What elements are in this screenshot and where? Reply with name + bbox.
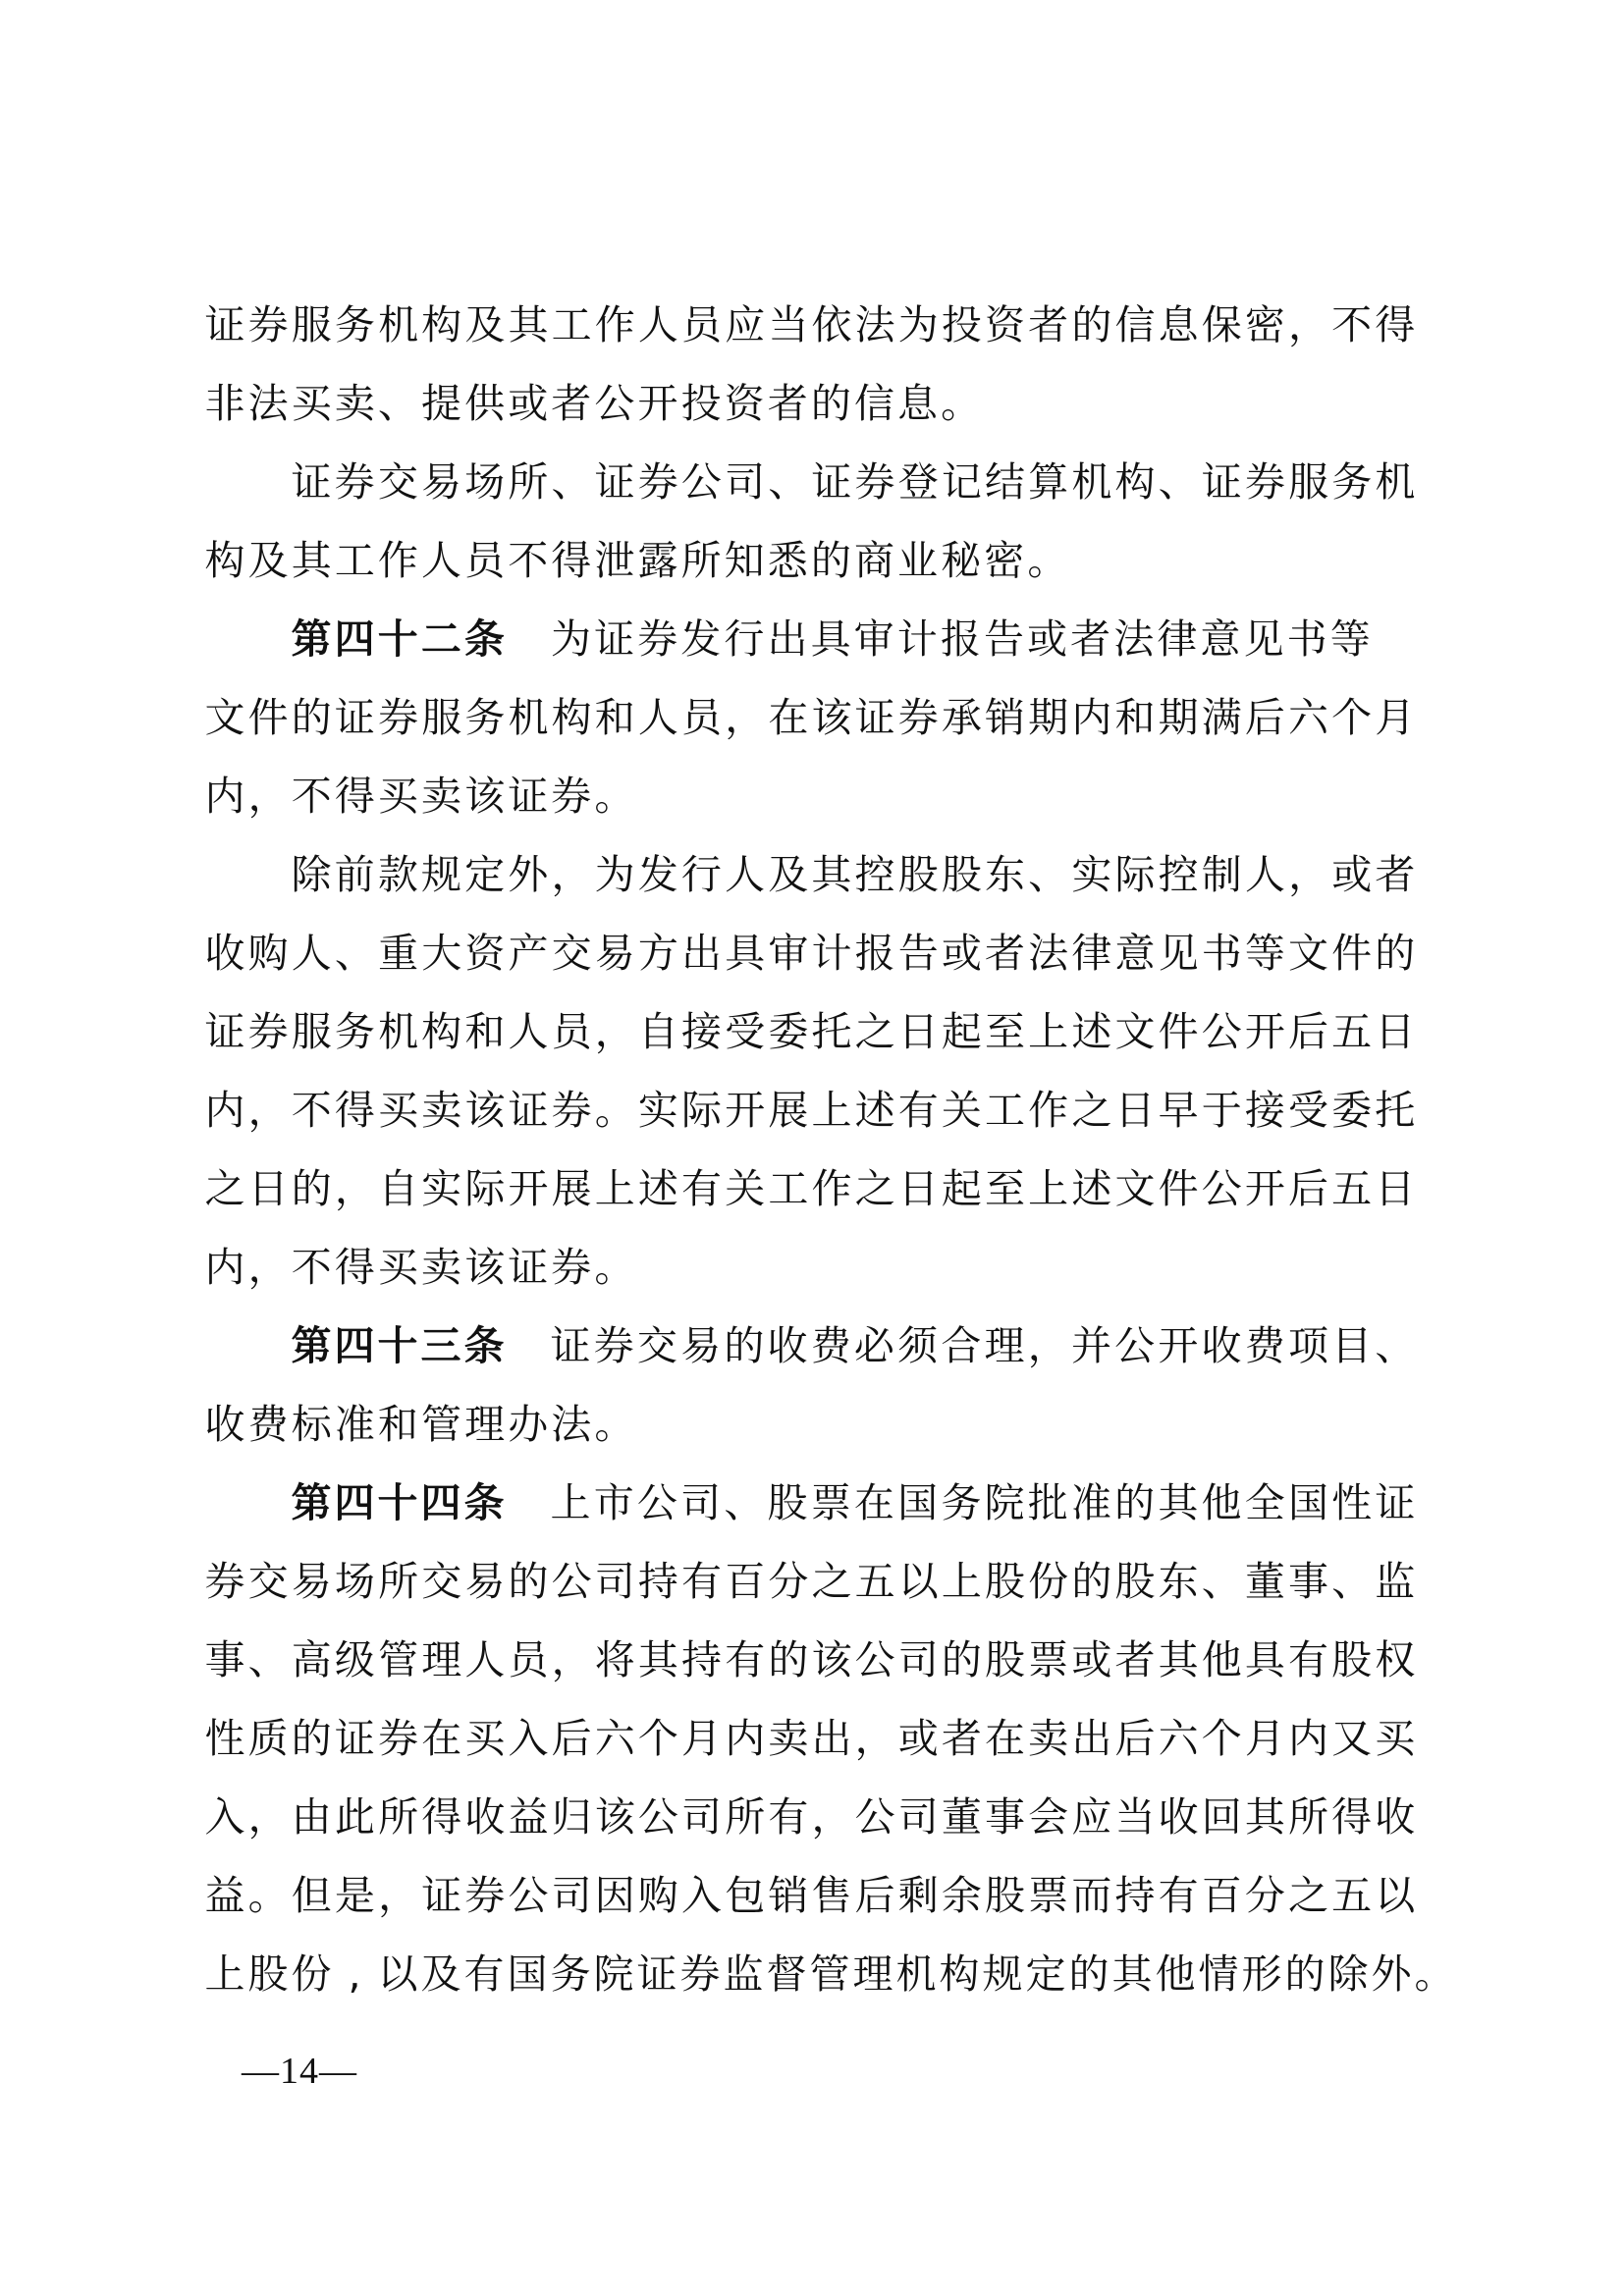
glyph: 定 bbox=[463, 835, 507, 914]
glyph: 得 bbox=[1374, 286, 1417, 364]
text-line: 内，不得买卖该证券。 bbox=[203, 1228, 1417, 1307]
glyph: 关 bbox=[724, 1149, 767, 1228]
glyph: 益 bbox=[203, 1856, 246, 1935]
glyph: ， bbox=[246, 1228, 290, 1307]
line-text: 性质的证券在买入后六个月内卖出，或者在卖出后六个月内又买 bbox=[203, 1699, 1417, 1778]
glyph: 资 bbox=[463, 914, 507, 992]
glyph: 公 bbox=[1200, 1149, 1243, 1228]
glyph: ， bbox=[724, 678, 767, 757]
glyph: 六 bbox=[593, 1699, 636, 1778]
glyph: 内 bbox=[203, 1071, 246, 1149]
glyph: 理 bbox=[420, 1621, 463, 1699]
glyph: 受 bbox=[724, 992, 767, 1071]
glyph: 会 bbox=[1027, 1778, 1070, 1856]
glyph: 交 bbox=[635, 1307, 678, 1385]
line-text: 证券交易的收费必须合理，并公开收费项目、 bbox=[549, 1307, 1417, 1385]
glyph: 秘 bbox=[940, 521, 983, 600]
glyph: 得 bbox=[420, 1778, 463, 1856]
glyph: 。 bbox=[593, 1385, 636, 1464]
glyph: 份 bbox=[1027, 1542, 1070, 1621]
line-text: 为证券发行出具审计报告或者法律意见书等 bbox=[549, 600, 1372, 678]
glyph: 供 bbox=[463, 364, 507, 443]
glyph: 市 bbox=[592, 1464, 635, 1542]
glyph: 买 bbox=[377, 1071, 420, 1149]
glyph: 公 bbox=[853, 1778, 896, 1856]
glyph: 算 bbox=[1027, 443, 1070, 521]
glyph: 交 bbox=[246, 1542, 290, 1621]
glyph: 持 bbox=[680, 1621, 724, 1699]
glyph: 者 bbox=[1374, 835, 1417, 914]
glyph: 出 bbox=[680, 914, 724, 992]
glyph: 、 bbox=[1200, 1542, 1243, 1621]
glyph: 准 bbox=[1069, 1464, 1112, 1542]
glyph: 满 bbox=[1200, 678, 1243, 757]
glyph: 除 bbox=[1326, 1935, 1370, 2013]
glyph: 得 bbox=[333, 1228, 376, 1307]
glyph: 服 bbox=[290, 992, 333, 1071]
glyph: 际 bbox=[680, 1071, 724, 1149]
line-text: 文件的证券服务机构和人员，在该证券承销期内和期满后六个月 bbox=[203, 678, 1417, 757]
glyph: 展 bbox=[550, 1149, 593, 1228]
glyph: 和 bbox=[376, 1385, 419, 1464]
glyph: 或 bbox=[896, 1699, 940, 1778]
glyph: 自 bbox=[377, 1149, 420, 1228]
glyph: 股 bbox=[1330, 1621, 1374, 1699]
glyph: 记 bbox=[940, 443, 983, 521]
glyph: 条 bbox=[462, 600, 506, 678]
glyph: 将 bbox=[593, 1621, 636, 1699]
glyph: 出 bbox=[766, 600, 809, 678]
glyph: 者 bbox=[1069, 600, 1112, 678]
line-text: 证券服务机构及其工作人员应当依法为投资者的信息保密，不得 bbox=[203, 286, 1417, 364]
glyph: 司 bbox=[593, 1542, 636, 1621]
glyph: 不 bbox=[290, 757, 333, 835]
glyph: 知 bbox=[723, 521, 766, 600]
glyph: 券 bbox=[1243, 443, 1286, 521]
glyph: ， bbox=[333, 1149, 376, 1228]
glyph: 证 bbox=[507, 1071, 550, 1149]
glyph: 证 bbox=[203, 286, 246, 364]
glyph: 报 bbox=[939, 600, 982, 678]
glyph: 托 bbox=[810, 992, 853, 1071]
glyph: 有 bbox=[1157, 1856, 1200, 1935]
glyph: 其 bbox=[507, 286, 550, 364]
glyph: 法 bbox=[1027, 914, 1070, 992]
line-text: 内，不得买卖该证券。 bbox=[203, 757, 636, 835]
glyph: ， bbox=[810, 1778, 853, 1856]
glyph: 入 bbox=[507, 1699, 550, 1778]
glyph: 服 bbox=[290, 286, 333, 364]
glyph: 三 bbox=[419, 1307, 462, 1385]
glyph: 密 bbox=[983, 521, 1026, 600]
glyph: 司 bbox=[896, 1621, 940, 1699]
glyph: 该 bbox=[463, 1071, 507, 1149]
glyph: 悉 bbox=[766, 521, 809, 600]
glyph: 司 bbox=[550, 1856, 593, 1935]
glyph: 得 bbox=[550, 521, 593, 600]
glyph: 登 bbox=[896, 443, 940, 521]
glyph: 四 bbox=[333, 600, 376, 678]
glyph: 费 bbox=[809, 1307, 852, 1385]
glyph: 者 bbox=[1113, 1621, 1157, 1699]
glyph: 见 bbox=[1242, 600, 1285, 678]
glyph: 公 bbox=[679, 443, 723, 521]
line-text: 证券服务机构和人员，自接受委托之日起至上述文件公开后五日 bbox=[203, 992, 1417, 1071]
glyph: 其 bbox=[290, 521, 333, 600]
glyph: 院 bbox=[592, 1935, 635, 2013]
glyph: 上 bbox=[593, 1149, 636, 1228]
glyph: 。 bbox=[940, 364, 983, 443]
glyph: 人 bbox=[507, 992, 550, 1071]
glyph: 期 bbox=[1157, 678, 1200, 757]
glyph: 券 bbox=[550, 1228, 593, 1307]
glyph: 构 bbox=[1113, 443, 1157, 521]
glyph: 其 bbox=[1110, 1935, 1154, 2013]
glyph: 构 bbox=[938, 1935, 981, 2013]
glyph: 券 bbox=[377, 678, 420, 757]
glyph: 购 bbox=[636, 1856, 679, 1935]
glyph: 文 bbox=[203, 678, 246, 757]
glyph: 法 bbox=[1112, 600, 1156, 678]
glyph: 月 bbox=[1374, 678, 1417, 757]
glyph: 内 bbox=[203, 1228, 246, 1307]
glyph: 项 bbox=[1286, 1307, 1329, 1385]
glyph: 包 bbox=[724, 1856, 767, 1935]
glyph: 的 bbox=[809, 364, 852, 443]
glyph: 不 bbox=[290, 1071, 333, 1149]
glyph: 收 bbox=[1374, 1778, 1417, 1856]
glyph: 证 bbox=[507, 757, 550, 835]
glyph: 具 bbox=[1243, 1621, 1286, 1699]
glyph: 归 bbox=[550, 1778, 593, 1856]
glyph: 务 bbox=[549, 1935, 592, 2013]
glyph: 券 bbox=[853, 443, 896, 521]
glyph: ， bbox=[377, 1856, 420, 1935]
glyph: 信 bbox=[852, 364, 895, 443]
glyph: 性 bbox=[203, 1699, 246, 1778]
glyph: 入 bbox=[203, 1778, 246, 1856]
glyph: 情 bbox=[1197, 1935, 1240, 2013]
glyph: 员 bbox=[680, 678, 724, 757]
glyph: 交 bbox=[420, 1542, 463, 1621]
glyph: 服 bbox=[1287, 443, 1330, 521]
glyph: 律 bbox=[1156, 600, 1199, 678]
glyph: 理 bbox=[851, 1935, 894, 2013]
glyph: 结 bbox=[984, 443, 1027, 521]
glyph: 后 bbox=[1243, 678, 1286, 757]
glyph: 收 bbox=[203, 914, 246, 992]
glyph: 实 bbox=[420, 1149, 463, 1228]
glyph: 具 bbox=[724, 914, 767, 992]
glyph: 券 bbox=[333, 443, 376, 521]
line-text: 上市公司、股票在国务院批准的其他全国性证 bbox=[549, 1464, 1417, 1542]
line-text: 构及其工作人员不得泄露所知悉的商业秘密。 bbox=[203, 521, 1069, 600]
glyph: 、 bbox=[1374, 1307, 1417, 1385]
glyph: 际 bbox=[463, 1149, 507, 1228]
glyph: 外 bbox=[507, 835, 550, 914]
glyph: 公 bbox=[636, 1778, 679, 1856]
glyph: 监 bbox=[1374, 1542, 1417, 1621]
glyph: 的 bbox=[1070, 1542, 1113, 1621]
glyph: 费 bbox=[246, 1385, 290, 1464]
glyph: 票 bbox=[1027, 1621, 1070, 1699]
glyph: 构 bbox=[420, 992, 463, 1071]
glyph: 董 bbox=[940, 1778, 983, 1856]
text-line: 第四十二条为证券发行出具审计报告或者法律意见书等 bbox=[203, 600, 1417, 678]
text-line: 证券交易场所、证券公司、证券登记结算机构、证券服务机 bbox=[203, 443, 1417, 521]
glyph: 股 bbox=[984, 1621, 1027, 1699]
glyph: 卖 bbox=[1027, 1699, 1070, 1778]
glyph: 易 bbox=[593, 914, 636, 992]
glyph: 所 bbox=[377, 1778, 420, 1856]
glyph: 该 bbox=[463, 757, 507, 835]
glyph: 批 bbox=[1026, 1464, 1069, 1542]
glyph: 董 bbox=[1243, 1542, 1286, 1621]
glyph: 个 bbox=[1330, 678, 1374, 757]
glyph: 际 bbox=[1113, 835, 1157, 914]
glyph: 作 bbox=[810, 1149, 853, 1228]
glyph: 行 bbox=[723, 600, 766, 678]
glyph: 质 bbox=[246, 1699, 290, 1778]
glyph: 、 bbox=[333, 914, 376, 992]
glyph: 为 bbox=[549, 600, 592, 678]
glyph: 或 bbox=[940, 914, 983, 992]
glyph: 证 bbox=[1374, 1464, 1417, 1542]
glyph: 的 bbox=[809, 521, 852, 600]
glyph: 四 bbox=[333, 1464, 376, 1542]
glyph: 开 bbox=[507, 1149, 550, 1228]
glyph: 以 bbox=[1374, 1856, 1417, 1935]
glyph: 销 bbox=[984, 678, 1027, 757]
text-line: 第四十四条上市公司、股票在国务院批准的其他全国性证 bbox=[203, 1464, 1417, 1542]
line-text: 益。但是，证券公司因购入包销售后剩余股票而持有百分之五以 bbox=[203, 1856, 1417, 1935]
glyph: 的 bbox=[1067, 1935, 1110, 2013]
paragraph-p4: 除前款规定外，为发行人及其控股股东、实际控制人，或者收购人、重大资产交易方出具审… bbox=[203, 835, 1417, 1307]
glyph: 工 bbox=[767, 1149, 810, 1228]
glyph: 交 bbox=[550, 914, 593, 992]
glyph: 券 bbox=[636, 443, 679, 521]
glyph: 理 bbox=[463, 1385, 507, 1464]
glyph: 得 bbox=[1330, 1778, 1374, 1856]
glyph: 在 bbox=[420, 1699, 463, 1778]
glyph: 内 bbox=[1070, 678, 1113, 757]
glyph: 内 bbox=[203, 757, 246, 835]
glyph: 控 bbox=[853, 835, 896, 914]
glyph: 五 bbox=[853, 1542, 896, 1621]
glyph: 、 bbox=[723, 1464, 766, 1542]
glyph: 证 bbox=[635, 1935, 678, 2013]
glyph: 购 bbox=[246, 914, 290, 992]
paragraph-p2: 证券交易场所、证券公司、证券登记结算机构、证券服务机构及其工作人员不得泄露所知悉… bbox=[203, 443, 1417, 600]
glyph: 述 bbox=[1070, 992, 1113, 1071]
glyph: 的 bbox=[290, 678, 333, 757]
glyph: 后 bbox=[853, 1856, 896, 1935]
glyph: 个 bbox=[636, 1699, 679, 1778]
glyph: 及 bbox=[767, 835, 810, 914]
glyph: 机 bbox=[1070, 443, 1113, 521]
glyph: 售 bbox=[810, 1856, 853, 1935]
glyph: 月 bbox=[680, 1699, 724, 1778]
glyph: 上 bbox=[549, 1464, 592, 1542]
glyph: 六 bbox=[1287, 678, 1330, 757]
line-text: 券交易场所交易的公司持有百分之五以上股份的股东、董事、监 bbox=[203, 1542, 1417, 1621]
glyph: 及 bbox=[463, 286, 507, 364]
text-line: 券交易场所交易的公司持有百分之五以上股份的股东、董事、监 bbox=[203, 1542, 1417, 1621]
glyph: 应 bbox=[1070, 1778, 1113, 1856]
glyph: 的 bbox=[767, 1621, 810, 1699]
text-line: 文件的证券服务机构和人员，在该证券承销期内和期满后六个月 bbox=[203, 678, 1417, 757]
glyph: 券 bbox=[678, 1935, 722, 2013]
glyph: 事 bbox=[984, 1778, 1027, 1856]
glyph: 出 bbox=[1070, 1699, 1113, 1778]
glyph: ， bbox=[1287, 286, 1330, 364]
glyph: 公 bbox=[635, 1464, 678, 1542]
glyph: 收 bbox=[1157, 1778, 1200, 1856]
glyph: 益 bbox=[507, 1778, 550, 1856]
glyph: 息 bbox=[896, 364, 940, 443]
glyph: 资 bbox=[723, 364, 766, 443]
glyph: 股 bbox=[246, 1935, 290, 2013]
glyph: ， bbox=[853, 1699, 896, 1778]
glyph: 作 bbox=[1027, 1071, 1070, 1149]
glyph: 所 bbox=[1287, 1778, 1330, 1856]
glyph: 其 bbox=[810, 835, 853, 914]
glyph: 起 bbox=[940, 1149, 983, 1228]
glyph: 日 bbox=[1374, 992, 1417, 1071]
glyph: 当 bbox=[1113, 1778, 1157, 1856]
glyph: 、 bbox=[1330, 1542, 1374, 1621]
glyph: 有 bbox=[767, 1778, 810, 1856]
glyph: 文 bbox=[1287, 914, 1330, 992]
glyph: 准 bbox=[333, 1385, 376, 1464]
glyph: 所 bbox=[724, 1778, 767, 1856]
glyph: 此 bbox=[333, 1778, 376, 1856]
glyph: 其 bbox=[1157, 1621, 1200, 1699]
glyph: 见 bbox=[1157, 914, 1200, 992]
line-text: 入，由此所得收益归该公司所有，公司董事会应当收回其所得收 bbox=[203, 1778, 1417, 1856]
line-text: 非法买卖、提供或者公开投资者的信息。 bbox=[203, 364, 983, 443]
line-text: 收购人、重大资产交易方出具审计报告或者法律意见书等文件的 bbox=[203, 914, 1417, 992]
glyph: 有 bbox=[680, 1149, 724, 1228]
glyph: 收 bbox=[203, 1385, 246, 1464]
glyph: 得 bbox=[333, 1071, 376, 1149]
glyph: 在 bbox=[767, 678, 810, 757]
glyph: 人 bbox=[290, 914, 333, 992]
glyph: 有 bbox=[1287, 1621, 1330, 1699]
glyph: 提 bbox=[419, 364, 462, 443]
glyph: ， bbox=[1026, 1307, 1069, 1385]
glyph: 券 bbox=[463, 1856, 507, 1935]
glyph: 分 bbox=[767, 1542, 810, 1621]
glyph: 场 bbox=[333, 1542, 376, 1621]
glyph: 月 bbox=[1243, 1699, 1286, 1778]
glyph: 发 bbox=[679, 600, 723, 678]
glyph: 机 bbox=[377, 286, 420, 364]
glyph: 露 bbox=[636, 521, 679, 600]
glyph: 上 bbox=[1027, 1149, 1070, 1228]
glyph: 等 bbox=[1243, 914, 1286, 992]
text-line: 收购人、重大资产交易方出具审计报告或者法律意见书等文件的 bbox=[203, 914, 1417, 992]
glyph: 。 bbox=[593, 757, 636, 835]
glyph: 重 bbox=[377, 914, 420, 992]
glyph: 收 bbox=[463, 1778, 507, 1856]
glyph: 买 bbox=[376, 757, 419, 835]
glyph: 证 bbox=[593, 600, 636, 678]
glyph: 司 bbox=[679, 1464, 723, 1542]
glyph: 人 bbox=[463, 1621, 507, 1699]
line-text: 收费标准和管理办法。 bbox=[203, 1385, 636, 1464]
glyph: 买 bbox=[463, 1699, 507, 1778]
glyph: 件 bbox=[1330, 914, 1374, 992]
glyph: 除 bbox=[290, 835, 333, 914]
glyph: 上 bbox=[940, 1542, 983, 1621]
text-line: 除前款规定外，为发行人及其控股股东、实际控制人，或者 bbox=[203, 835, 1417, 914]
glyph: 务 bbox=[333, 992, 376, 1071]
glyph: 意 bbox=[1199, 600, 1242, 678]
glyph: 关 bbox=[940, 1071, 983, 1149]
glyph: 工 bbox=[333, 521, 376, 600]
glyph: 发 bbox=[636, 835, 679, 914]
glyph: 之 bbox=[1070, 1071, 1113, 1149]
glyph: 证 bbox=[549, 1307, 592, 1385]
glyph: 的 bbox=[290, 1149, 333, 1228]
glyph: 委 bbox=[767, 992, 810, 1071]
glyph: 证 bbox=[810, 443, 853, 521]
text-line: 性质的证券在买入后六个月内卖出，或者在卖出后六个月内又买 bbox=[203, 1699, 1417, 1778]
glyph: 之 bbox=[1287, 1856, 1330, 1935]
glyph: 证 bbox=[1200, 443, 1243, 521]
glyph: 但 bbox=[290, 1856, 333, 1935]
glyph: 法 bbox=[246, 364, 290, 443]
glyph: 该 bbox=[810, 1621, 853, 1699]
glyph: 员 bbox=[463, 521, 507, 600]
glyph: 受 bbox=[1287, 1071, 1330, 1149]
glyph: ， bbox=[550, 1621, 593, 1699]
glyph: 院 bbox=[983, 1464, 1026, 1542]
glyph: 买 bbox=[1374, 1699, 1417, 1778]
glyph: 早 bbox=[1157, 1071, 1200, 1149]
glyph: 司 bbox=[680, 1778, 724, 1856]
glyph: 形 bbox=[1240, 1935, 1283, 2013]
glyph: 开 bbox=[1243, 992, 1286, 1071]
glyph: 券 bbox=[203, 1542, 246, 1621]
glyph: 人 bbox=[724, 835, 767, 914]
glyph: 、 bbox=[1157, 443, 1200, 521]
glyph: 五 bbox=[1330, 992, 1374, 1071]
glyph: 券 bbox=[246, 286, 290, 364]
glyph: 证 bbox=[420, 1856, 463, 1935]
glyph: 开 bbox=[1243, 1149, 1286, 1228]
glyph: 五 bbox=[1330, 1856, 1374, 1935]
glyph: 或 bbox=[1026, 600, 1069, 678]
glyph: 以 bbox=[376, 1935, 419, 2013]
glyph: 内 bbox=[1287, 1699, 1330, 1778]
glyph: 其 bbox=[1243, 1778, 1286, 1856]
glyph: 标 bbox=[290, 1385, 333, 1464]
glyph: 机 bbox=[894, 1935, 938, 2013]
glyph: 督 bbox=[765, 1935, 808, 2013]
glyph: 有 bbox=[680, 1542, 724, 1621]
glyph: 之 bbox=[853, 1149, 896, 1228]
glyph: 行 bbox=[679, 835, 723, 914]
glyph: 至 bbox=[984, 1149, 1027, 1228]
glyph: 司 bbox=[724, 443, 767, 521]
glyph: 审 bbox=[767, 914, 810, 992]
glyph: 收 bbox=[766, 1307, 809, 1385]
glyph: 交 bbox=[376, 443, 419, 521]
glyph: 东 bbox=[984, 835, 1027, 914]
glyph: 级 bbox=[333, 1621, 376, 1699]
